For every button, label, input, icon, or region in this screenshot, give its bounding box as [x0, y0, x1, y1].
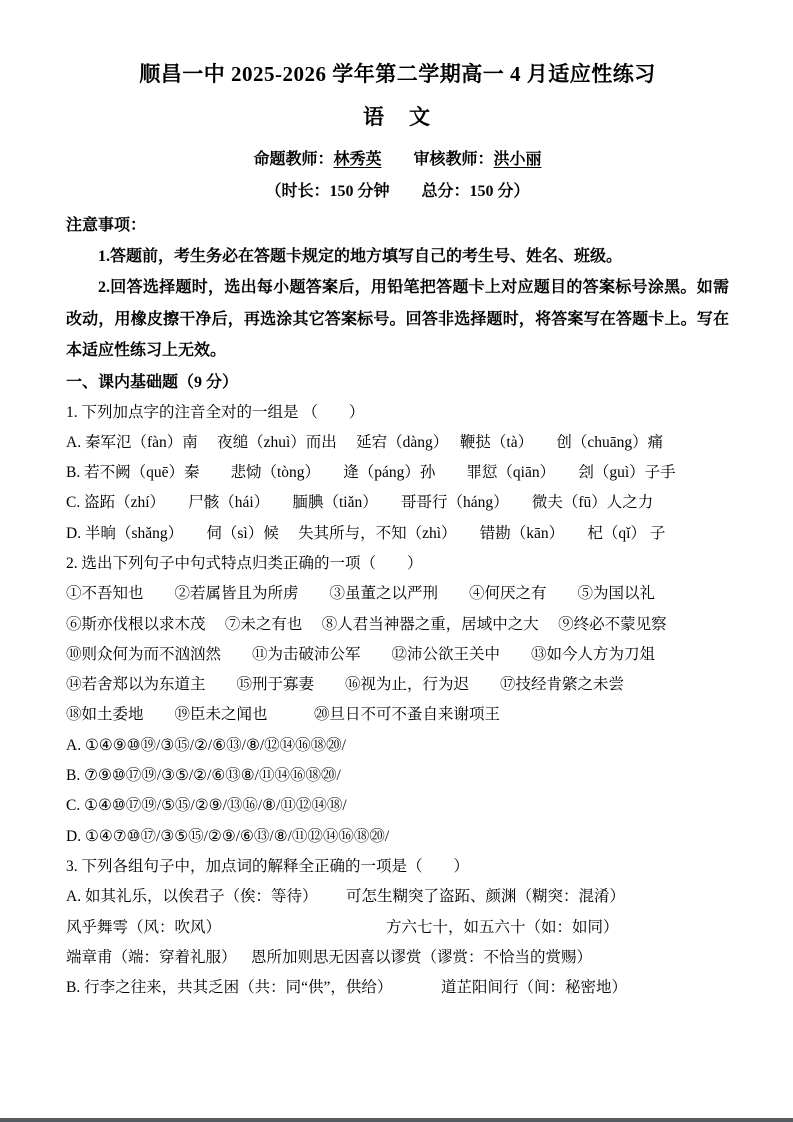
q3-row-4-right: 道芷阳间行（间：秘密地）: [441, 973, 627, 1003]
q2-option-d: D. ①④⑦⑩⑰/③⑤⑮/②⑨/⑥⑬/⑧/⑪⑫⑭⑯⑱⑳/: [66, 822, 729, 852]
q3-row-2-right: 方六七十，如五六十（如：如同）: [386, 913, 619, 943]
duration-line: （时长：150 分钟 总分：150 分）: [66, 180, 729, 204]
q2-list-line-4: ⑭若舍郑以为东道主 ⑮刑于寡妻 ⑯视为止，行为迟 ⑰技经肯綮之未尝: [66, 670, 729, 700]
teachers-spacer: [381, 151, 413, 168]
q1-stem: 1. 下列加点字的注音全对的一组是 （ ）: [66, 398, 729, 428]
q1-option-a: A. 秦军氾（fàn）南 夜缒（zhuì）而出 延宕（dàng） 鞭挞（tà） …: [66, 428, 729, 458]
q2-list-line-3: ⑩则众何为而不汹汹然 ⑪为击破沛公军 ⑫沛公欲王关中 ⑬如今人方为刀俎: [66, 640, 729, 670]
reviewer-label: 审核教师：: [414, 151, 494, 168]
q3-row-1: A. 如其礼乐，以俟君子（俟：等待）可怎生糊突了盗跖、颜渊（糊突：混淆）: [66, 882, 729, 912]
setter-name: 林秀英: [333, 151, 381, 168]
q3-row-1-left: A. 如其礼乐，以俟君子（俟：等待）: [66, 888, 317, 905]
notice-item-2: 2.回答选择题时，选出每小题答案后，用铅笔把答题卡上对应题目的答案标号涂黑。如需…: [66, 272, 729, 367]
q1-option-d: D. 半晌（shǎng） 伺（sì）候 失其所与，不知（zhì） 错勘（kān）…: [66, 519, 729, 549]
q3-row-3-right: 恩所加则思无因喜以谬赏（谬赏：不恰当的赏赐）: [251, 943, 592, 973]
q3-row-3: 端章甫（端：穿着礼服）恩所加则思无因喜以谬赏（谬赏：不恰当的赏赐）: [66, 943, 729, 973]
q2-option-a: A. ①④⑨⑩⑲/③⑮/②/⑥⑬/⑧/⑫⑭⑯⑱⑳/: [66, 731, 729, 761]
q2-list-line-2: ⑥斯亦伐根以求木茂 ⑦未之有也 ⑧人君当神器之重，居域中之大 ⑨终必不蒙见察: [66, 610, 729, 640]
q3-stem: 3. 下列各组句子中，加点词的解释全正确的一项是（ ）: [66, 852, 729, 882]
notice-heading: 注意事项：: [66, 211, 729, 241]
q2-list-line-5: ⑱如土委地 ⑲臣未之闻也 ⑳旦日不可不蚤自来谢项王: [66, 700, 729, 730]
reviewer-name: 洪小丽: [494, 151, 542, 168]
q2-list-line-1: ①不吾知也 ②若属皆且为所虏 ③虽董之以严刑 ④何厌之有 ⑤为国以礼: [66, 579, 729, 609]
q3-row-1-right: 可怎生糊突了盗跖、颜渊（糊突：混淆）: [346, 882, 625, 912]
page-bottom-divider: [0, 1118, 793, 1122]
teachers-line: 命题教师：林秀英 审核教师：洪小丽: [66, 148, 729, 172]
q3-row-2-left: 风乎舞雩（风：吹风）: [66, 919, 221, 936]
q1-option-b: B. 若不阙（quē）秦 悲恸（tòng） 逄（páng）孙 罪愆（qiān） …: [66, 458, 729, 488]
q3-row-4-left: B. 行李之往来，共其乏困（共：同“供”，供给）: [66, 979, 392, 996]
exam-title: 顺昌一中 2025-2026 学年第二学期高一 4 月适应性练习: [66, 60, 729, 88]
subject-title: 语 文: [66, 103, 729, 131]
exam-page: 顺昌一中 2025-2026 学年第二学期高一 4 月适应性练习 语 文 命题教…: [0, 0, 793, 1122]
q3-row-2: 风乎舞雩（风：吹风）方六七十，如五六十（如：如同）: [66, 913, 729, 943]
section-1-heading: 一、课内基础题（9 分）: [66, 367, 729, 398]
q3-row-3-left: 端章甫（端：穿着礼服）: [66, 949, 237, 966]
q2-option-b: B. ⑦⑨⑩⑰⑲/③⑤/②/⑥⑬⑧/⑪⑭⑯⑱⑳/: [66, 761, 729, 791]
q2-stem: 2. 选出下列句子中句式特点归类正确的一项（ ）: [66, 549, 729, 579]
q1-option-c: C. 盗跖（zhí） 尸骸（hái） 腼腆（tiǎn） 哥哥行（háng） 微夫…: [66, 488, 729, 518]
q3-row-4: B. 行李之往来，共其乏困（共：同“供”，供给）道芷阳间行（间：秘密地）: [66, 973, 729, 1003]
setter-label: 命题教师：: [253, 151, 333, 168]
q2-option-c: C. ①④⑩⑰⑲/⑤⑮/②⑨/⑬⑯/⑧/⑪⑫⑭⑱/: [66, 791, 729, 821]
notice-item-1: 1.答题前，考生务必在答题卡规定的地方填写自己的考生号、姓名、班级。: [66, 241, 729, 272]
